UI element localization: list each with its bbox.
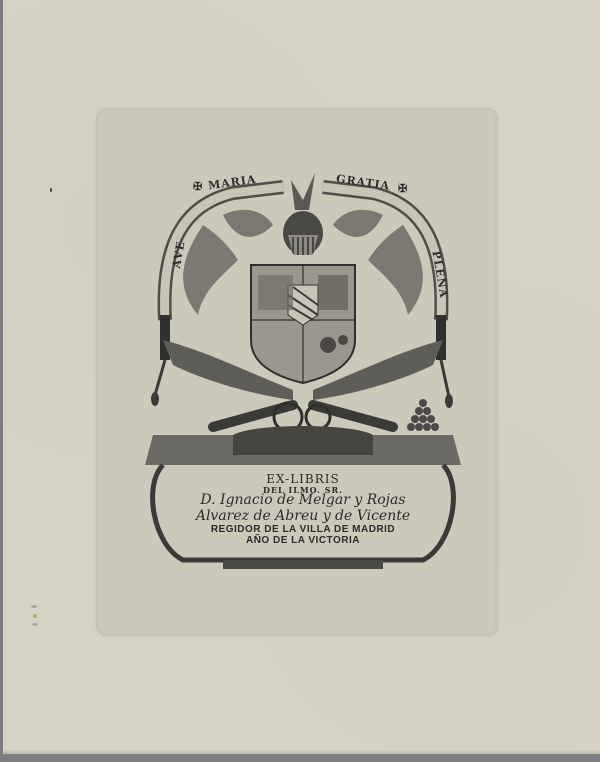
owner-name-line1: D. Ignacio de Melgar y Rojas bbox=[158, 492, 448, 508]
ex-libris-heading: EX-LIBRIS bbox=[158, 472, 448, 486]
year-designation: AÑO DE LA VICTORIA bbox=[158, 535, 448, 546]
paper-speck bbox=[32, 623, 38, 626]
paper-speck bbox=[31, 605, 37, 608]
owner-office: REGIDOR DE LA VILLA DE MADRID bbox=[158, 524, 448, 535]
cross-icon: ✠ bbox=[193, 180, 203, 193]
paper-speck bbox=[33, 614, 37, 618]
deckle-edge bbox=[3, 750, 600, 754]
paper-sheet: AVE MARIA GRATIA PLENA ✠ ✠ EX-LIBRIS DEL… bbox=[3, 0, 600, 752]
paper-speck bbox=[50, 188, 52, 192]
inscription-cartouche: EX-LIBRIS DEL ILMO. SR. D. Ignacio de Me… bbox=[158, 458, 448, 568]
owner-name-line2: Alvarez de Abreu y de Vicente bbox=[158, 508, 448, 524]
cross-icon: ✠ bbox=[398, 182, 408, 195]
